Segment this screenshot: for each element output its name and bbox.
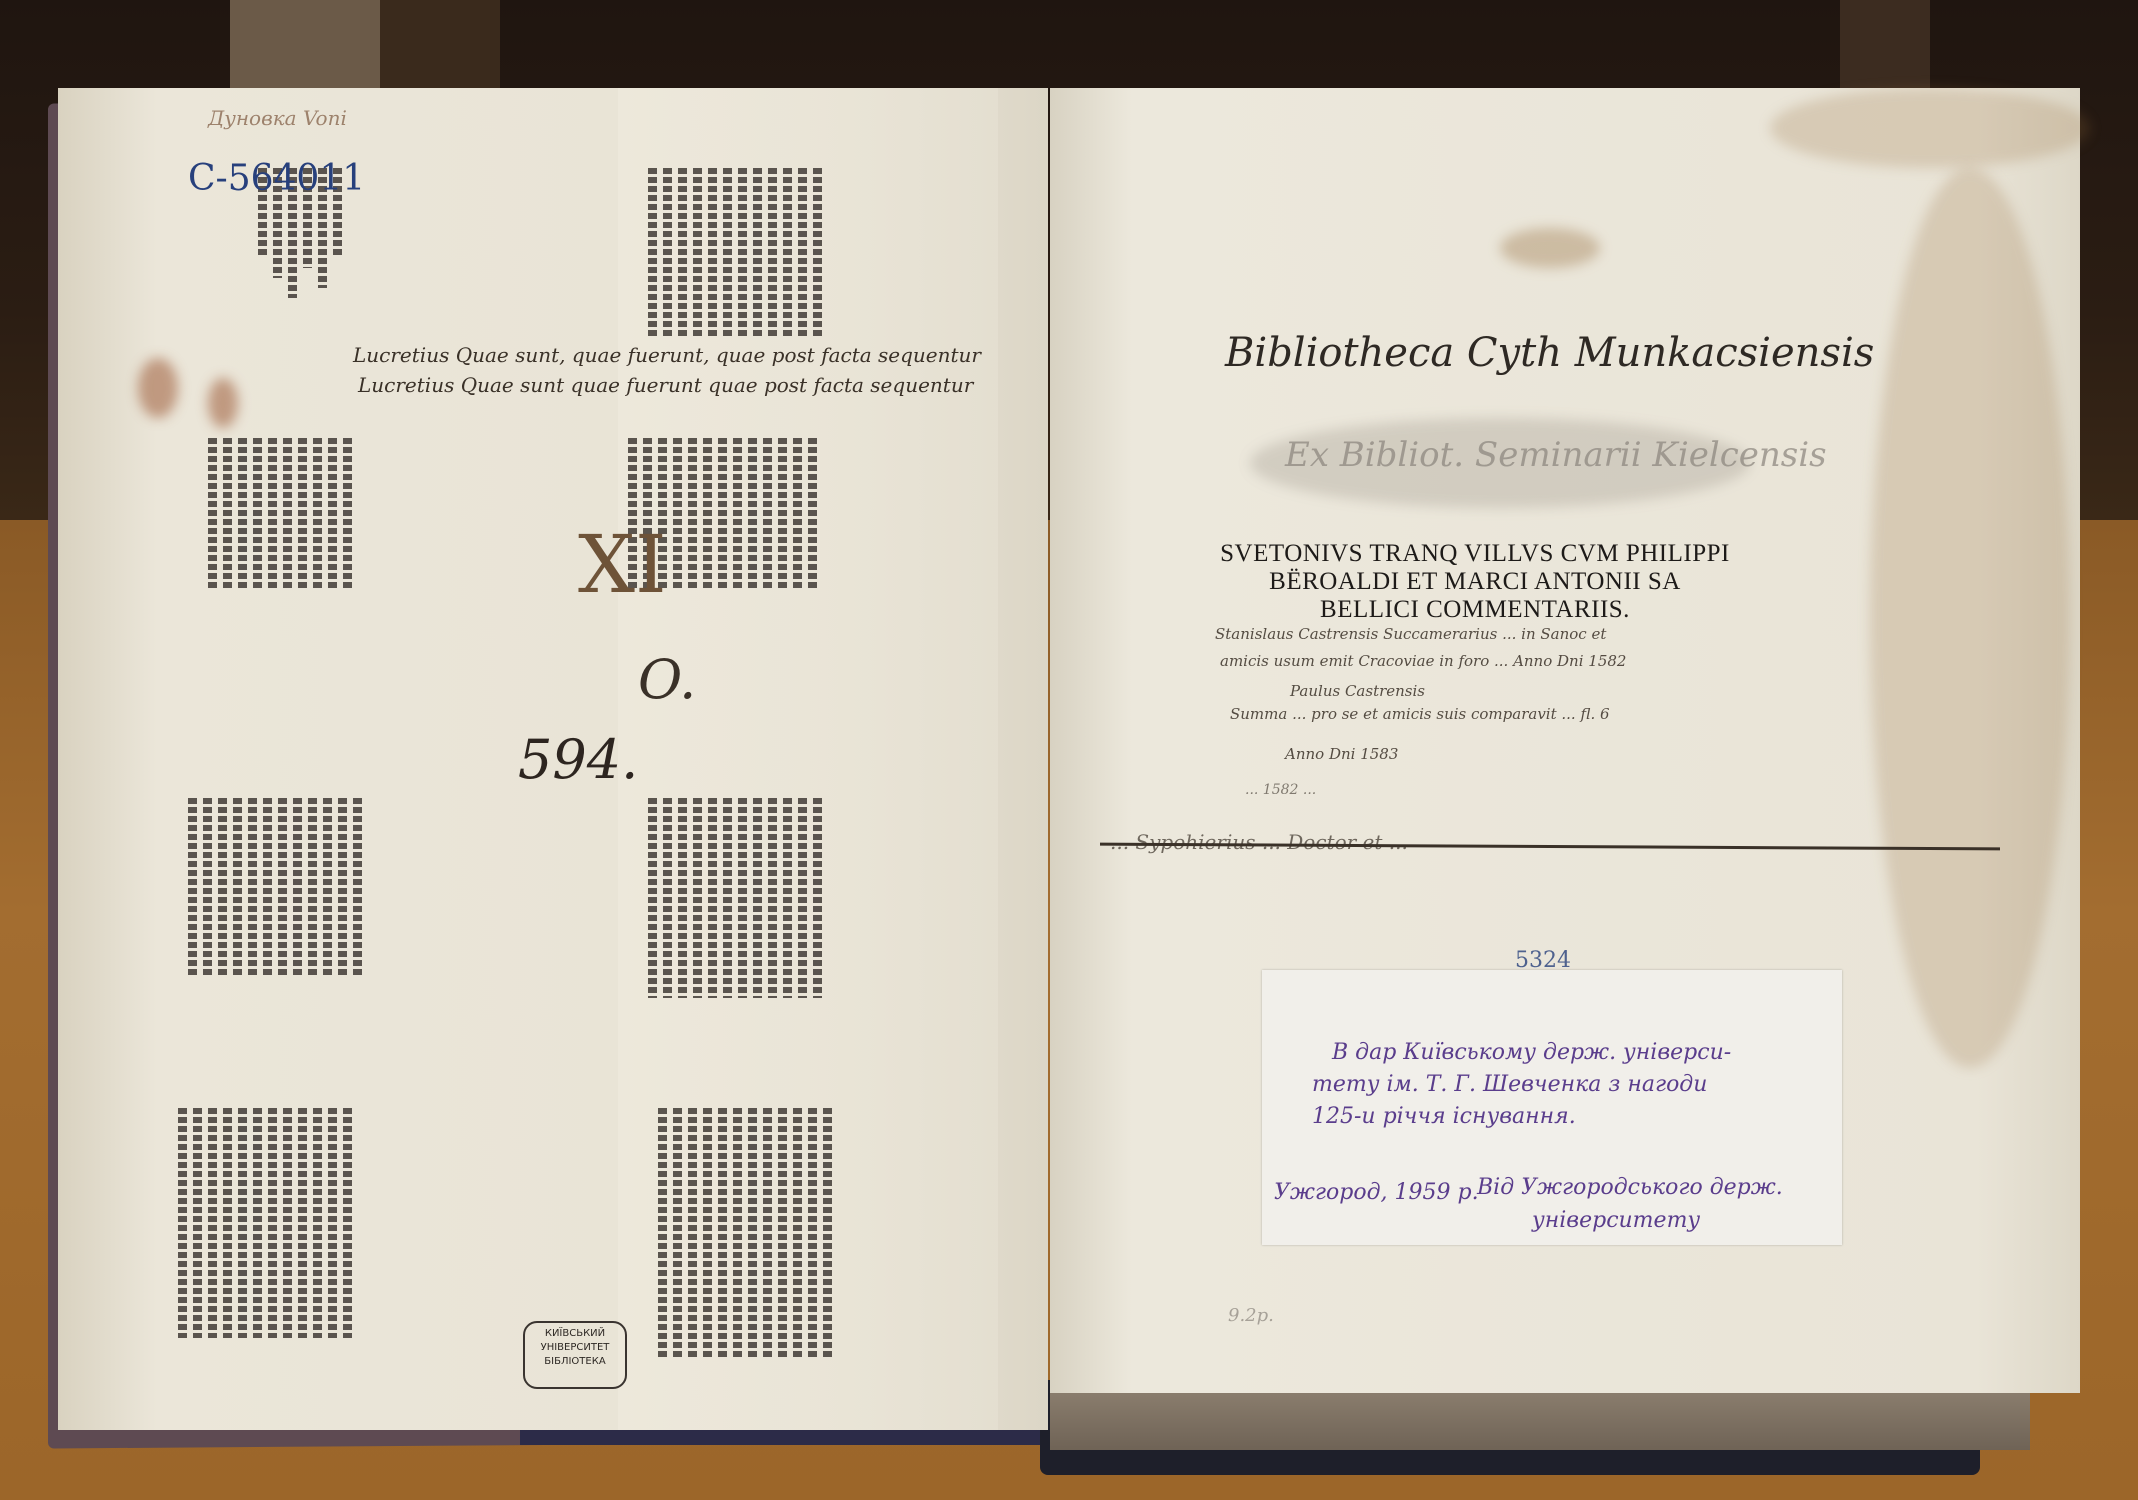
hebrew-text-block bbox=[188, 798, 362, 978]
stamp-line: БІБЛІОТЕКА bbox=[525, 1355, 625, 1369]
donation-card: В дар Київському держ. універси- тету ім… bbox=[1262, 970, 1842, 1245]
printed-title: SVETONIVS TRANQ VILLVS CVM PHILIPPI BËRO… bbox=[1185, 540, 1765, 624]
mark: O. bbox=[638, 648, 696, 711]
library-stamp: КИЇВСЬКИЙ УНІВЕРСИТЕТ БІБЛІОТЕКА bbox=[523, 1321, 627, 1389]
stain bbox=[1500, 228, 1600, 268]
card-line: 125-и річчя існування. bbox=[1312, 1104, 1576, 1129]
card-line: В дар Київському держ. універси- bbox=[1332, 1040, 1731, 1065]
stamp-line: КИЇВСЬКИЙ bbox=[525, 1327, 625, 1341]
shelfmark: C-564011 bbox=[188, 158, 365, 199]
faded-inscription: Ex Bibliot. Seminarii Kielcensis bbox=[1285, 435, 1827, 475]
shelf-book bbox=[380, 0, 500, 100]
stamp-line: УНІВЕРСИТЕТ bbox=[525, 1341, 625, 1355]
handwritten-line: Lucretius Quae sunt quae fuerunt quae po… bbox=[358, 373, 973, 397]
hebrew-text-block bbox=[648, 168, 822, 338]
handwritten-line: Lucretius Quae sunt, quae fuerunt, quae … bbox=[353, 343, 981, 367]
left-page: Дуновка Voni C-564011 Lucretius Quae sun… bbox=[58, 88, 1048, 1430]
corner-mark: 9.2р. bbox=[1228, 1305, 1274, 1326]
provenance-note: Paulus Castrensis bbox=[1290, 682, 1425, 700]
top-inscription: Дуновка Voni bbox=[208, 106, 347, 130]
roman-numeral: XI bbox=[578, 518, 667, 611]
provenance-note: amicis usum emit Cracoviae in foro ... A… bbox=[1220, 652, 1626, 670]
card-place-date: Ужгород, 1959 р. bbox=[1274, 1180, 1479, 1205]
title-line: BËROALDI ET MARCI ANTONII SA bbox=[1185, 568, 1765, 596]
page-edges bbox=[1050, 1390, 2030, 1450]
provenance-note: Anno Dni 1583 bbox=[1285, 745, 1398, 763]
card-line: тету ім. Т. Г. Шевченка з нагоди bbox=[1312, 1072, 1707, 1097]
title-line: SVETONIVS TRANQ VILLVS CVM PHILIPPI bbox=[1185, 540, 1765, 568]
card-from-line: Від Ужгородського держ. bbox=[1477, 1175, 1783, 1200]
title-line: BELLICI COMMENTARIIS. bbox=[1185, 596, 1765, 624]
hebrew-text-block bbox=[208, 438, 352, 588]
provenance-note: Summa ... pro se et amicis suis comparav… bbox=[1230, 705, 1610, 723]
card-from-line: університету bbox=[1532, 1208, 1700, 1233]
stain bbox=[1870, 168, 2070, 1068]
ex-libris-inscription: Bibliotheca Cyth Munkacsiensis bbox=[1225, 330, 1874, 376]
hebrew-text-block bbox=[658, 1108, 832, 1358]
hebrew-text-block bbox=[178, 1108, 352, 1338]
number: 594. bbox=[518, 728, 638, 791]
stain bbox=[1770, 88, 2090, 168]
shelf-book bbox=[1840, 0, 1930, 100]
stain bbox=[138, 358, 178, 418]
stain bbox=[208, 378, 238, 428]
provenance-note: Stanislaus Castrensis Succamerarius ... … bbox=[1215, 625, 1606, 643]
hebrew-text-block bbox=[648, 798, 822, 998]
provenance-note: ... 1582 ... bbox=[1245, 782, 1316, 798]
shelf-book bbox=[230, 0, 380, 100]
